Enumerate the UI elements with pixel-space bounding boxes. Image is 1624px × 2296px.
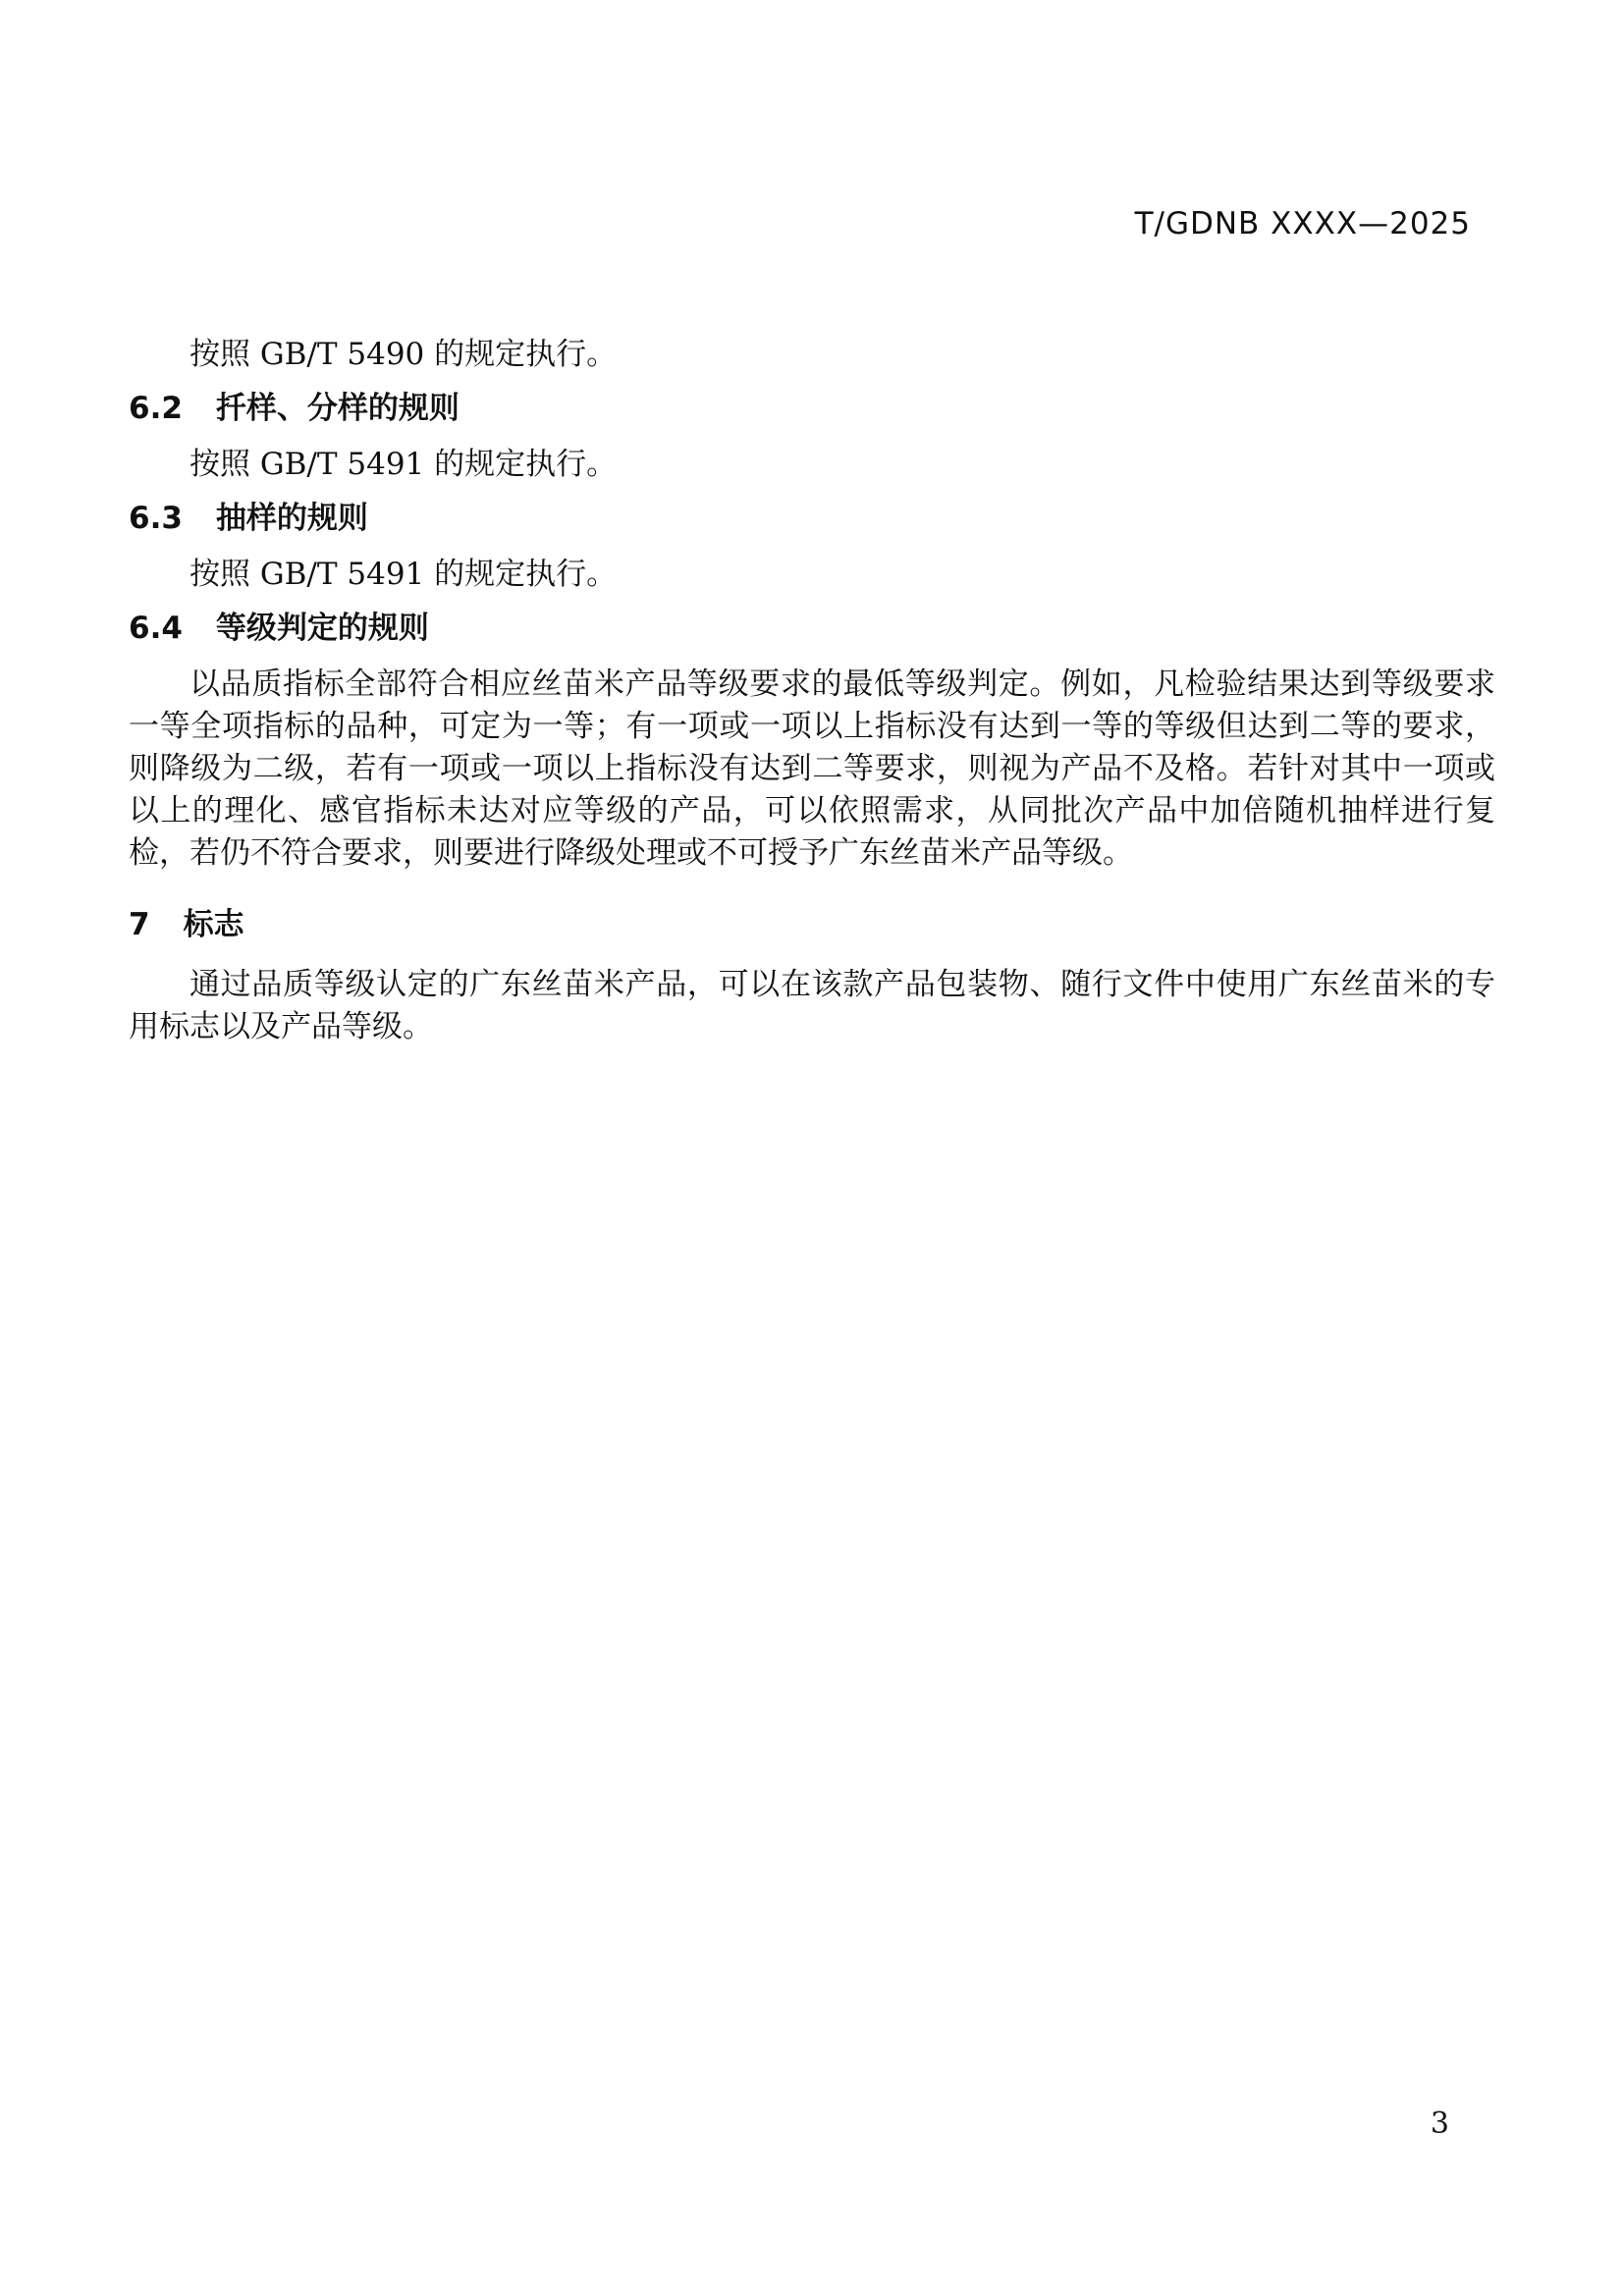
standard-code: T/GDNB XXXX—2025 xyxy=(1135,206,1471,241)
heading-7: 7 标志 xyxy=(129,904,1495,946)
paragraph-marking: 通过品质等级认定的广东丝苗米产品，可以在该款产品包装物、随行文件中使用广东丝苗米… xyxy=(129,964,1495,1048)
heading-6-4-title: 等级判定的规则 xyxy=(216,608,429,650)
heading-6-3-title: 抽样的规则 xyxy=(216,498,368,540)
heading-6-4-number: 6.4 xyxy=(129,608,183,650)
heading-6-2: 6.2 扦样、分样的规则 xyxy=(129,388,1495,430)
paragraph-gbt-5491-b: 按照 GB/T 5491 的规定执行。 xyxy=(129,554,1495,596)
document-page: T/GDNB XXXX—2025 按照 GB/T 5490 的规定执行。 6.2… xyxy=(0,0,1624,2296)
page-number: 3 xyxy=(1431,2107,1449,2141)
heading-6-3-number: 6.3 xyxy=(129,498,183,540)
heading-6-2-number: 6.2 xyxy=(129,388,183,430)
paragraph-gbt-5490: 按照 GB/T 5490 的规定执行。 xyxy=(129,334,1495,376)
heading-7-number: 7 xyxy=(129,904,150,946)
heading-6-2-title: 扦样、分样的规则 xyxy=(216,388,460,430)
heading-6-3: 6.3 抽样的规则 xyxy=(129,498,1495,540)
paragraph-grade-determination: 以品质指标全部符合相应丝苗米产品等级要求的最低等级判定。例如，凡检验结果达到等级… xyxy=(129,664,1495,875)
paragraph-gbt-5491-a: 按照 GB/T 5491 的规定执行。 xyxy=(129,444,1495,486)
heading-6-4: 6.4 等级判定的规则 xyxy=(129,608,1495,650)
heading-7-title: 标志 xyxy=(184,904,244,946)
document-body: 按照 GB/T 5490 的规定执行。 6.2 扦样、分样的规则 按照 GB/T… xyxy=(129,334,1495,1048)
